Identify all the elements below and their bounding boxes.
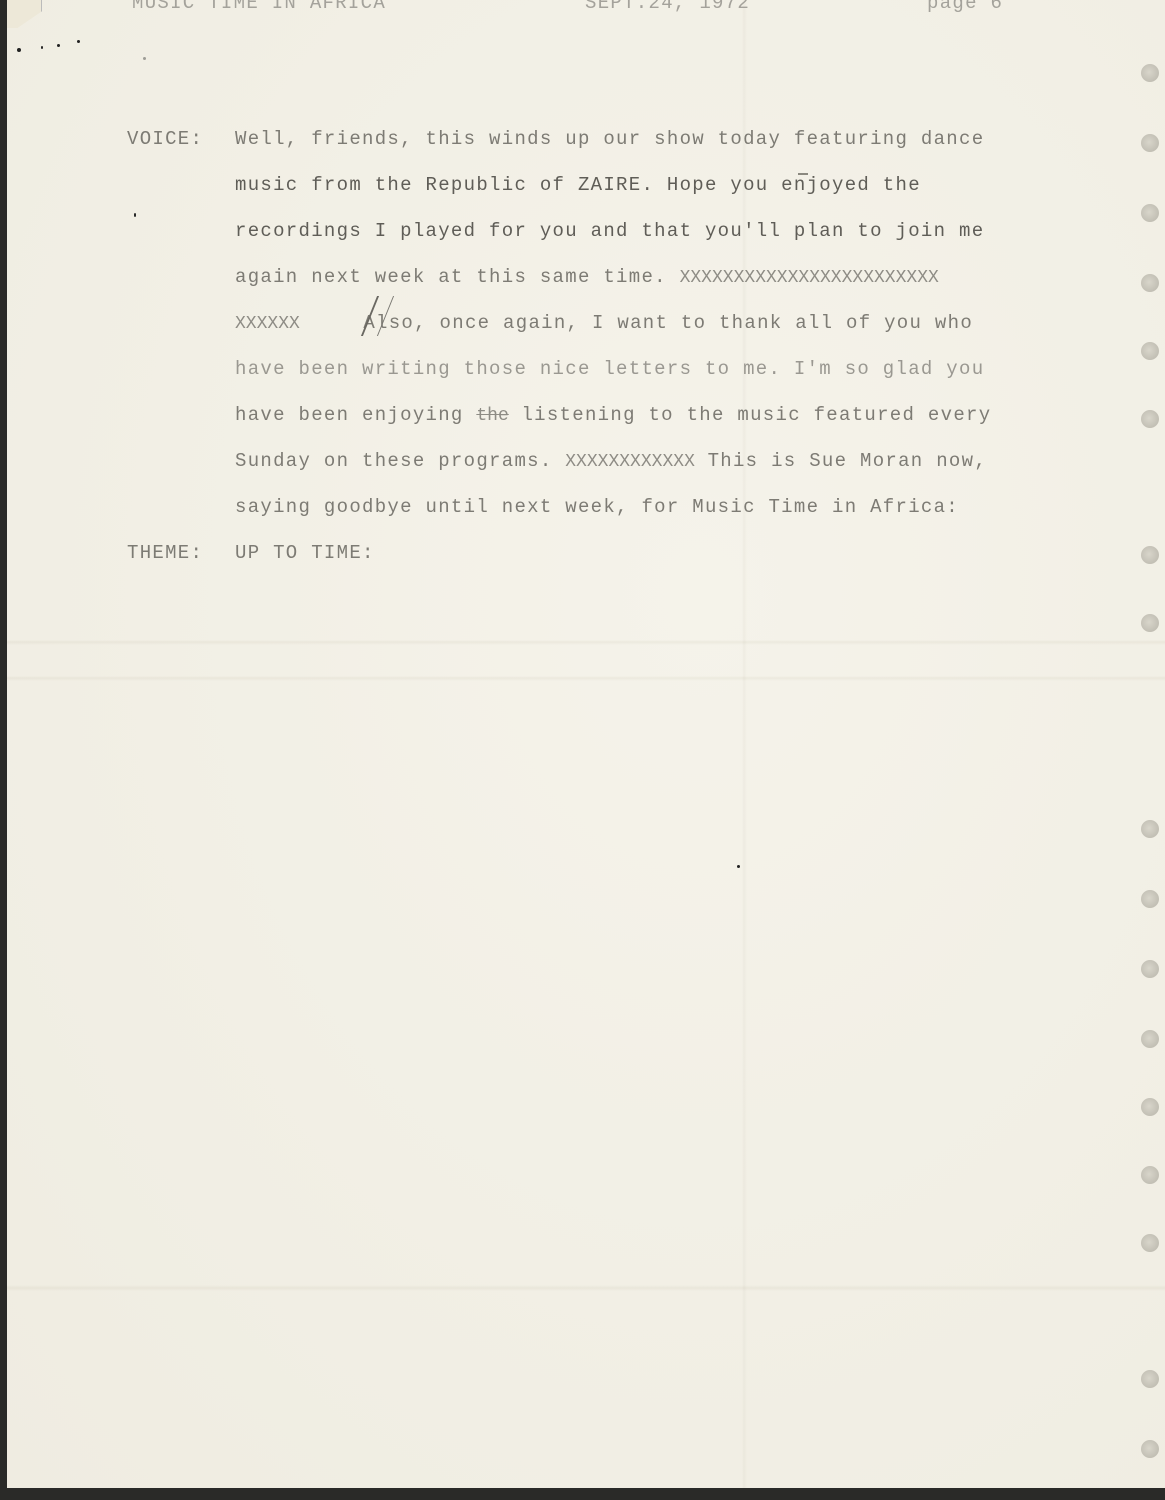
- binder-hole: [1141, 890, 1159, 908]
- script-text: Sunday on these programs.: [235, 450, 565, 472]
- binder-hole: [1141, 134, 1159, 152]
- script-text: Also, once again, I want to thank all of…: [363, 312, 973, 334]
- script-line: saying goodbye until next week, for Musi…: [235, 496, 959, 518]
- script-line: again next week at this same time. XXXXX…: [235, 266, 939, 288]
- ink-speck: [143, 57, 146, 60]
- binder-hole: [1141, 64, 1159, 82]
- script-line: Well, friends, this winds up our show to…: [235, 128, 984, 150]
- ink-speck: [134, 213, 136, 217]
- broadcast-date: SEPT.24, 1972: [585, 0, 750, 14]
- struck-out-text: XXXXXXXXXXXXXXXXXXXXXXXX: [680, 268, 939, 288]
- script-line: music from the Republic of ZAIRE. Hope y…: [235, 174, 921, 196]
- script-line: have been writing those nice letters to …: [235, 358, 984, 380]
- struck-out-text: XXXXXXXXXXXX: [565, 452, 695, 472]
- binder-hole: [1141, 204, 1159, 222]
- ink-speck: [737, 865, 740, 868]
- folded-corner: [7, 0, 42, 28]
- struck-out-text: the: [476, 406, 508, 426]
- script-line: XXXXXX Also, once again, I want to thank…: [235, 312, 973, 334]
- program-title: MUSIC TIME IN AFRICA: [132, 0, 386, 14]
- script-line: Sunday on these programs. XXXXXXXXXXXX T…: [235, 450, 987, 472]
- ink-speck: [17, 48, 21, 52]
- script-text: have been enjoying: [235, 404, 476, 426]
- script-text: again next week at this same time.: [235, 266, 680, 288]
- binder-hole: [1141, 820, 1159, 838]
- ink-speck: [57, 44, 60, 47]
- typing-correction-mark: [798, 173, 808, 175]
- binder-hole: [1141, 1166, 1159, 1184]
- binder-hole: [1141, 1030, 1159, 1048]
- ink-speck: [77, 40, 80, 43]
- script-line: UP TO TIME:: [235, 542, 375, 564]
- binder-hole: [1141, 546, 1159, 564]
- script-line: recordings I played for you and that you…: [235, 220, 984, 242]
- page-number: page 6: [927, 0, 1003, 14]
- binder-hole: [1141, 1098, 1159, 1116]
- binder-hole: [1141, 274, 1159, 292]
- script-text: listening to the music featured every: [509, 404, 992, 426]
- ink-speck: [41, 46, 43, 49]
- speaker-label-voice: VOICE:: [127, 128, 203, 150]
- binder-hole: [1141, 1370, 1159, 1388]
- struck-out-text: XXXXXX: [235, 314, 300, 334]
- binder-hole: [1141, 960, 1159, 978]
- binder-hole: [1141, 1234, 1159, 1252]
- script-line: have been enjoying the listening to the …: [235, 404, 991, 426]
- script-text: This is Sue Moran now,: [695, 450, 987, 472]
- binder-hole: [1141, 614, 1159, 632]
- binder-hole: [1141, 1440, 1159, 1458]
- document-page: MUSIC TIME IN AFRICA SEPT.24, 1972 page …: [7, 0, 1165, 1488]
- binder-hole: [1141, 410, 1159, 428]
- binder-hole: [1141, 342, 1159, 360]
- speaker-label-theme: THEME:: [127, 542, 203, 564]
